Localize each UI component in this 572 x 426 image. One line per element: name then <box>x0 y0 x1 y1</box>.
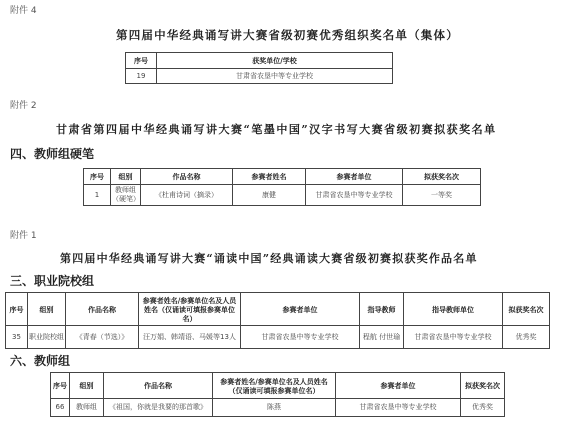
attachment-label-1: 附件 1 <box>10 228 37 241</box>
title-organization-award: 第四届中华经典诵写讲大赛省级初赛优秀组织奖名单（集体） <box>116 27 459 43</box>
teacher-table: 序号 组别 作品名称 参赛者姓名/参赛单位名及人员姓名（仅诵读可填报参赛单位名）… <box>50 372 505 417</box>
cell-work: 《青春（节选）》 <box>66 326 139 349</box>
table-row: 66 教师组 《祖国，你就是我要的那首歌》 陈燕 甘肃省农垦中等专业学校 优秀奖 <box>51 399 505 417</box>
attachment-label-4: 附件 4 <box>10 3 37 16</box>
col-header-work: 作品名称 <box>66 293 139 326</box>
cell-instructor: 程航 付世瑜 <box>360 326 404 349</box>
col-header-participants: 参赛者姓名/参赛单位名及人员姓名（仅诵读可填报参赛单位名） <box>213 373 336 399</box>
cell-index: 35 <box>6 326 28 349</box>
cell-instructor-unit: 甘肃省农垦中等专业学校 <box>404 326 503 349</box>
cell-participants: 陈燕 <box>213 399 336 417</box>
cell-award: 一等奖 <box>403 185 481 206</box>
title-brush-china: 甘肃省第四届中华经典诵写讲大赛“笔墨中国”汉字书写大赛省级初赛拟获奖名单 <box>56 121 497 137</box>
table-header-row: 序号 组别 作品名称 参赛者姓名 参赛者单位 拟获奖名次 <box>84 169 481 185</box>
col-header-instructor-unit: 指导教师单位 <box>404 293 503 326</box>
col-header-award: 拟获奖名次 <box>461 373 505 399</box>
cell-unit: 甘肃省农垦中等专业学校 <box>336 399 461 417</box>
col-header-unit: 参赛者单位 <box>336 373 461 399</box>
cell-award: 优秀奖 <box>503 326 550 349</box>
col-header-participants: 参赛者姓名/参赛单位名及人员姓名（仅诵读可填报参赛单位名） <box>139 293 241 326</box>
col-header-index: 序号 <box>51 373 70 399</box>
section-teacher: 六、教师组 <box>10 352 70 369</box>
cell-index: 66 <box>51 399 70 417</box>
table-row: 1 教师组（硬笔） 《杜甫诗词（摘录） 康健 甘肃省农垦中等专业学校 一等奖 <box>84 185 481 206</box>
col-header-work: 作品名称 <box>104 373 213 399</box>
cell-group: 教师组 <box>70 399 104 417</box>
attachment-label-2: 附件 2 <box>10 98 37 111</box>
col-header-unit: 参赛者单位 <box>306 169 403 185</box>
cell-participants: 汪万娟、韩靖语、马媛等13人 <box>139 326 241 349</box>
brush-china-table: 序号 组别 作品名称 参赛者姓名 参赛者单位 拟获奖名次 1 教师组（硬笔） 《… <box>83 168 481 206</box>
table-header-row: 序号 获奖单位/学校 <box>126 53 393 69</box>
cell-name: 康健 <box>233 185 306 206</box>
cell-index: 1 <box>84 185 111 206</box>
col-header-group: 组别 <box>70 373 104 399</box>
col-header-name: 参赛者姓名 <box>233 169 306 185</box>
col-header-unit: 参赛者单位 <box>241 293 360 326</box>
cell-work: 《杜甫诗词（摘录） <box>141 185 233 206</box>
table-header-row: 序号 组别 作品名称 参赛者姓名/参赛单位名及人员姓名（仅诵读可填报参赛单位名）… <box>6 293 550 326</box>
cell-unit: 甘肃省农垦中等专业学校 <box>241 326 360 349</box>
table-header-row: 序号 组别 作品名称 参赛者姓名/参赛单位名及人员姓名（仅诵读可填报参赛单位名）… <box>51 373 505 399</box>
col-header-index: 序号 <box>6 293 28 326</box>
table-row: 19 甘肃省农垦中等专业学校 <box>126 69 393 84</box>
section-vocational: 三、职业院校组 <box>10 272 94 289</box>
col-header-index: 序号 <box>126 53 157 69</box>
col-header-group: 组别 <box>111 169 141 185</box>
cell-index: 19 <box>126 69 157 84</box>
cell-group: 教师组（硬笔） <box>111 185 141 206</box>
col-header-instructor: 指导教师 <box>360 293 404 326</box>
cell-work: 《祖国，你就是我要的那首歌》 <box>104 399 213 417</box>
cell-group: 职业院校组 <box>28 326 66 349</box>
organization-award-table: 序号 获奖单位/学校 19 甘肃省农垦中等专业学校 <box>125 52 393 84</box>
col-header-award: 拟获奖名次 <box>403 169 481 185</box>
col-header-work: 作品名称 <box>141 169 233 185</box>
vocational-table: 序号 组别 作品名称 参赛者姓名/参赛单位名及人员姓名（仅诵读可填报参赛单位名）… <box>5 292 550 349</box>
cell-award: 优秀奖 <box>461 399 505 417</box>
col-header-award: 拟获奖名次 <box>503 293 550 326</box>
title-recite-china: 第四届中华经典诵写讲大赛“诵读中国”经典诵读大赛省级初赛拟获奖作品名单 <box>60 250 478 266</box>
section-teacher-pen: 四、教师组硬笔 <box>10 145 94 162</box>
col-header-index: 序号 <box>84 169 111 185</box>
cell-unit: 甘肃省农垦中等专业学校 <box>306 185 403 206</box>
table-row: 35 职业院校组 《青春（节选）》 汪万娟、韩靖语、马媛等13人 甘肃省农垦中等… <box>6 326 550 349</box>
col-header-unit: 获奖单位/学校 <box>157 53 393 69</box>
cell-unit: 甘肃省农垦中等专业学校 <box>157 69 393 84</box>
col-header-group: 组别 <box>28 293 66 326</box>
